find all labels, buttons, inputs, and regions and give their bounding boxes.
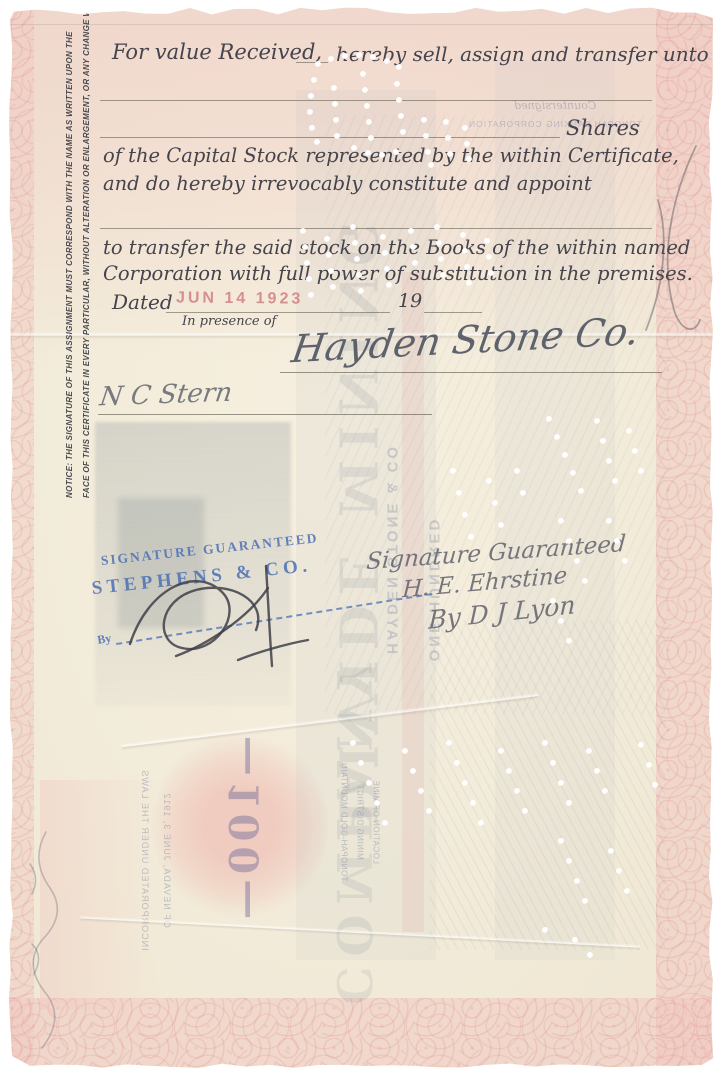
notice-line-1: NOTICE: THE SIGNATURE OF THIS ASSIGNMENT… (62, 0, 79, 498)
fill-in-line-attorney (100, 228, 652, 229)
top-fold-line (0, 24, 720, 25)
notice-line-2: FACE OF THIS CERTIFICATE IN EVERY PARTIC… (79, 0, 96, 498)
form-line1-prefix: For value Received, (112, 40, 322, 64)
dated-label: Dated (112, 290, 173, 314)
blank-short (296, 62, 328, 63)
fill-in-line-shares (100, 137, 560, 138)
notice-vertical-text: NOTICE: THE SIGNATURE OF THIS ASSIGNMENT… (56, 28, 102, 436)
signature-witness: N C Stern (98, 378, 234, 413)
form-line1-suffix: hereby sell, assign and transfer unto (336, 42, 709, 66)
pencil-initials-scribble (118, 548, 328, 678)
pen-flourish (600, 140, 710, 360)
margin-pencil-notation (12, 824, 76, 1064)
stamp-by-label: By (96, 631, 112, 648)
year-prefix: 19 (398, 290, 422, 312)
year-line (424, 312, 482, 313)
presence-label: In presence of (182, 314, 276, 329)
signature-line-1 (280, 372, 662, 373)
certificate-paper: DIVIDE MINING COMPANY HAYDEN STONE & CO … (0, 0, 720, 1075)
form-line3: and do hereby irrevocably constitute and… (103, 172, 592, 195)
form-line2: of the Capital Stock represented by the … (103, 144, 679, 167)
bleed-denomination-number: —100— (175, 748, 315, 912)
dated-line (166, 312, 390, 313)
fill-in-line-name (100, 100, 652, 101)
signature-line-2 (98, 414, 432, 415)
shares-label: Shares (566, 116, 640, 140)
date-stamp: JUN 14 1923 (176, 289, 303, 308)
scan-stage: DIVIDE MINING COMPANY HAYDEN STONE & CO … (0, 0, 720, 1075)
